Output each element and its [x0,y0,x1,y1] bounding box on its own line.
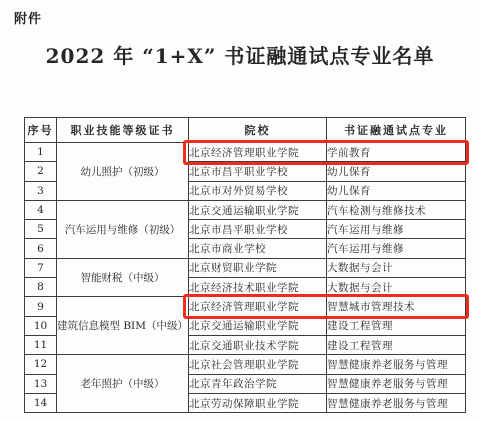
majors-table-wrap: 序号 职业技能等级证书 院校 书证融通试点专业 1幼儿照护（初级）北京经济管理职… [24,117,466,413]
document-page: { "page": { "attachment_label": "附件", "t… [0,0,480,421]
cell-major: 汽车运用与维修 [326,220,465,239]
cell-major: 智慧健康养老服务与管理 [326,355,465,374]
cell-no: 5 [25,220,57,239]
cell-school: 北京青年政治学院 [188,374,326,393]
header-cell-major: 书证融通试点专业 [326,118,465,143]
cell-major: 大数据与会计 [326,278,465,297]
majors-table: 序号 职业技能等级证书 院校 书证融通试点专业 1幼儿照护（初级）北京经济管理职… [24,117,466,413]
cell-school: 北京财贸职业学院 [188,258,326,277]
cell-school: 北京市商业学校 [188,239,326,258]
cell-certificate: 老年照护（中级） [57,355,189,413]
cell-major: 幼儿保育 [326,162,465,181]
cell-no: 1 [25,143,57,162]
table-header-row: 序号 职业技能等级证书 院校 书证融通试点专业 [25,118,466,143]
cell-school: 北京交通运输职业学院 [188,200,326,219]
table-body: 1幼儿照护（初级）北京经济管理职业学院学前教育2北京市昌平职业学校幼儿保育3北京… [25,143,466,413]
cell-major: 幼儿保育 [326,181,465,200]
table-row: 4汽车运用与维修（初级）北京交通运输职业学院汽车检测与维修技术 [25,200,466,219]
cell-no: 14 [25,393,57,412]
cell-no: 6 [25,239,57,258]
cell-major: 智慧城市管理技术 [326,297,465,316]
cell-school: 北京经济管理职业学院 [188,297,326,316]
cell-no: 8 [25,278,57,297]
cell-school: 北京市昌平职业学校 [188,220,326,239]
cell-no: 2 [25,162,57,181]
table-row: 7智能财税（中级）北京财贸职业学院大数据与会计 [25,258,466,277]
cell-school: 北京交通运输职业学院 [188,316,326,335]
cell-no: 4 [25,200,57,219]
attachment-label: 附件 [14,8,42,27]
cell-no: 9 [25,297,57,316]
cell-school: 北京市对外贸易学校 [188,181,326,200]
cell-major: 智慧健康养老服务与管理 [326,374,465,393]
cell-major: 汽车运用与维修 [326,239,465,258]
cell-certificate: 幼儿照护（初级） [57,143,189,201]
cell-major: 智慧健康养老服务与管理 [326,393,465,412]
cell-school: 北京劳动保障职业学院 [188,393,326,412]
cell-school: 北京社会管理职业学院 [188,355,326,374]
cell-major: 建设工程管理 [326,316,465,335]
cell-major: 建设工程管理 [326,335,465,354]
table-row: 9建筑信息模型 BIM（中级）北京经济管理职业学院智慧城市管理技术 [25,297,466,316]
cell-major: 大数据与会计 [326,258,465,277]
cell-no: 10 [25,316,57,335]
cell-certificate: 智能财税（中级） [57,258,189,297]
cell-no: 3 [25,181,57,200]
header-cell-no: 序号 [25,118,57,143]
cell-certificate: 建筑信息模型 BIM（中级） [57,297,189,355]
header-cell-school: 院校 [188,118,326,143]
cell-certificate: 汽车运用与维修（初级） [57,200,189,258]
cell-school: 北京交通职业技术学院 [188,335,326,354]
cell-major: 学前教育 [326,143,465,162]
cell-no: 11 [25,335,57,354]
header-cell-certificate: 职业技能等级证书 [57,118,189,143]
cell-major: 汽车检测与维修技术 [326,200,465,219]
table-row: 1幼儿照护（初级）北京经济管理职业学院学前教育 [25,143,466,162]
page-title: 2022 年 “1+X” 书证融通试点专业名单 [0,40,480,69]
cell-school: 北京经济技术职业学院 [188,278,326,297]
cell-school: 北京经济管理职业学院 [188,143,326,162]
cell-school: 北京市昌平职业学校 [188,162,326,181]
cell-no: 13 [25,374,57,393]
cell-no: 7 [25,258,57,277]
table-row: 12老年照护（中级）北京社会管理职业学院智慧健康养老服务与管理 [25,355,466,374]
cell-no: 12 [25,355,57,374]
